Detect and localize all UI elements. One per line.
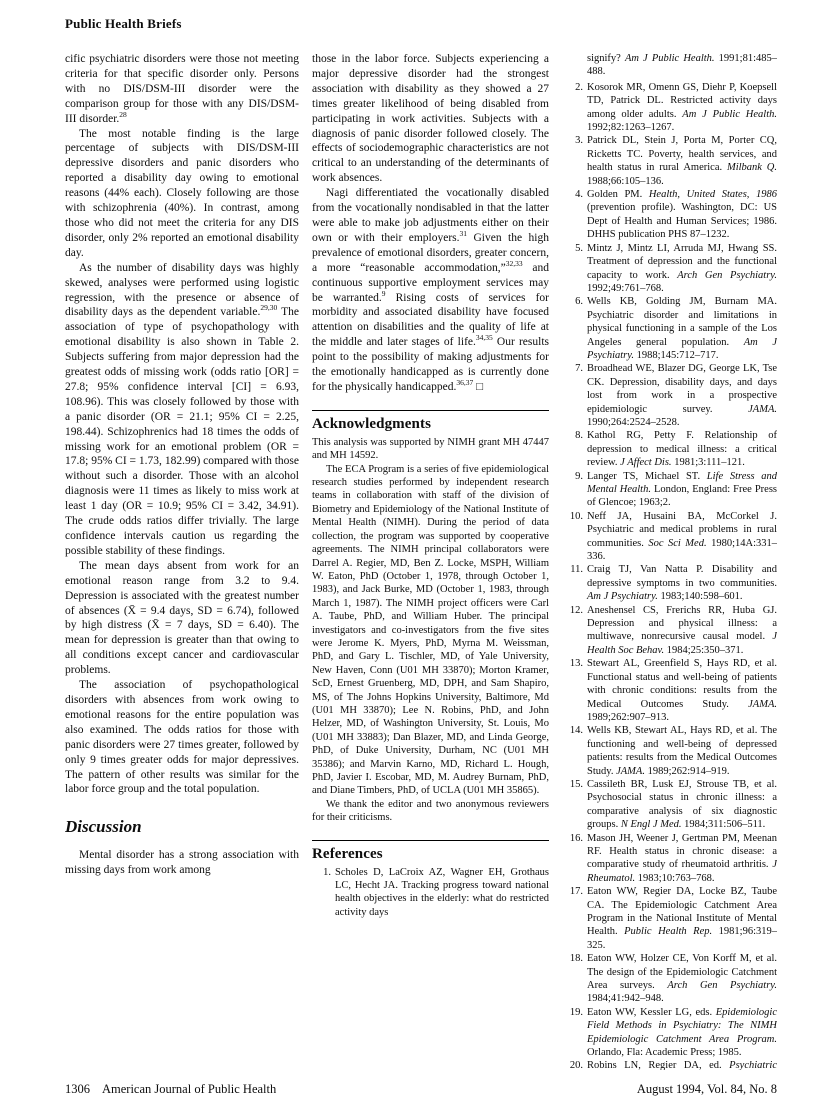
running-head: Public Health Briefs bbox=[65, 16, 182, 32]
reference-item: 13.Stewart AL, Greenfield S, Hays RD, et… bbox=[564, 657, 777, 724]
reference-number: 4. bbox=[564, 188, 587, 242]
reference-number: 16. bbox=[564, 832, 587, 886]
article-column-right: signify? Am J Public Health. 1991;81:485… bbox=[564, 52, 777, 1070]
footer-journal-title: American Journal of Public Health bbox=[102, 1082, 276, 1097]
reference-text: Aneshensel CS, Frerichs RR, Huba GJ. Dep… bbox=[587, 604, 777, 658]
section-divider bbox=[312, 840, 549, 841]
body-paragraph: The ECA Program is a series of five epid… bbox=[312, 463, 549, 798]
reference-text: Langer TS, Michael ST. Life Stress and M… bbox=[587, 470, 777, 510]
reference-number: 20. bbox=[564, 1059, 587, 1070]
body-paragraph: signify? Am J Public Health. 1991;81:485… bbox=[564, 52, 777, 79]
body-paragraph: The mean days absent from work for an em… bbox=[65, 559, 299, 678]
body-paragraph: cific psychiatric disorders were those n… bbox=[65, 52, 299, 127]
reference-text: Kathol RG, Petty F. Relationship of depr… bbox=[587, 429, 777, 469]
section-heading-references: References bbox=[312, 846, 549, 863]
reference-number: 9. bbox=[564, 470, 587, 510]
body-paragraph: This analysis was supported by NIMH gran… bbox=[312, 436, 549, 463]
reference-item: 10.Neff JA, Husaini BA, McCorkel J. Psyc… bbox=[564, 510, 777, 564]
reference-text: Mason JH, Weener J, Gertman PM, Meenan R… bbox=[587, 832, 777, 886]
reference-number: 19. bbox=[564, 1006, 587, 1060]
footer-page-number: 1306 bbox=[65, 1082, 90, 1097]
reference-number: 8. bbox=[564, 429, 587, 469]
reference-item: 3.Patrick DL, Stein J, Porta M, Porter C… bbox=[564, 134, 777, 188]
reference-text: Eaton WW, Holzer CE, Von Korff M, et al.… bbox=[587, 952, 777, 1006]
reference-number: 17. bbox=[564, 885, 587, 952]
article-column-middle: those in the labor force. Subjects exper… bbox=[312, 52, 549, 1070]
reference-text: Craig TJ, Van Natta P. Disability and de… bbox=[587, 563, 777, 603]
reference-number: 2. bbox=[564, 81, 587, 135]
reference-text: Mintz J, Mintz LI, Arruda MJ, Hwang SS. … bbox=[587, 242, 777, 296]
reference-item: 8.Kathol RG, Petty F. Relationship of de… bbox=[564, 429, 777, 469]
reference-number: 10. bbox=[564, 510, 587, 564]
article-column-left: cific psychiatric disorders were those n… bbox=[65, 52, 299, 1070]
body-paragraph: Mental disorder has a strong association… bbox=[65, 848, 299, 878]
section-heading-discussion: Discussion bbox=[65, 817, 299, 837]
reference-text: Wells KB, Golding JM, Burnam MA. Psychia… bbox=[587, 295, 777, 362]
reference-text: Golden PM. Health, United States, 1986 (… bbox=[587, 188, 777, 242]
reference-number: 12. bbox=[564, 604, 587, 658]
body-paragraph: We thank the editor and two anonymous re… bbox=[312, 798, 549, 825]
reference-item: 4.Golden PM. Health, United States, 1986… bbox=[564, 188, 777, 242]
reference-item: 18.Eaton WW, Holzer CE, Von Korff M, et … bbox=[564, 952, 777, 1006]
reference-item: 14.Wells KB, Stewart AL, Hays RD, et al.… bbox=[564, 724, 777, 778]
reference-text: Robins LN, Regier DA, ed. Psychiatric Di… bbox=[587, 1059, 777, 1070]
body-paragraph: The association of psychopathological di… bbox=[65, 678, 299, 797]
reference-number: 14. bbox=[564, 724, 587, 778]
section-heading-acknowledgments: Acknowledgments bbox=[312, 416, 549, 433]
reference-number: 13. bbox=[564, 657, 587, 724]
reference-number: 6. bbox=[564, 295, 587, 362]
references-list: 2.Kosorok MR, Omenn GS, Diehr P, Koepsel… bbox=[564, 81, 777, 1070]
reference-item: 19.Eaton WW, Kessler LG, eds. Epidemiolo… bbox=[564, 1006, 777, 1060]
reference-item: 16.Mason JH, Weener J, Gertman PM, Meena… bbox=[564, 832, 777, 886]
reference-number: 11. bbox=[564, 563, 587, 603]
footer-issue-info: August 1994, Vol. 84, No. 8 bbox=[637, 1082, 777, 1097]
reference-item: 15.Cassileth BR, Lusk EJ, Strouse TB, et… bbox=[564, 778, 777, 832]
reference-number: 18. bbox=[564, 952, 587, 1006]
reference-text: Scholes D, LaCroix AZ, Wagner EH, Grotha… bbox=[335, 866, 549, 920]
references-list: 1.Scholes D, LaCroix AZ, Wagner EH, Grot… bbox=[312, 866, 549, 920]
reference-text: Patrick DL, Stein J, Porta M, Porter CQ,… bbox=[587, 134, 777, 188]
reference-text: Eaton WW, Regier DA, Locke BZ, Taube CA.… bbox=[587, 885, 777, 952]
reference-item: 20.Robins LN, Regier DA, ed. Psychiatric… bbox=[564, 1059, 777, 1070]
reference-text: Eaton WW, Kessler LG, eds. Epidemiologic… bbox=[587, 1006, 777, 1060]
reference-item: 2.Kosorok MR, Omenn GS, Diehr P, Koepsel… bbox=[564, 81, 777, 135]
reference-item: 6.Wells KB, Golding JM, Burnam MA. Psych… bbox=[564, 295, 777, 362]
reference-item: 9.Langer TS, Michael ST. Life Stress and… bbox=[564, 470, 777, 510]
reference-item: 1.Scholes D, LaCroix AZ, Wagner EH, Grot… bbox=[312, 866, 549, 920]
reference-item: 5.Mintz J, Mintz LI, Arruda MJ, Hwang SS… bbox=[564, 242, 777, 296]
reference-number: 15. bbox=[564, 778, 587, 832]
footer-left: 1306 American Journal of Public Health bbox=[65, 1082, 276, 1097]
reference-number: 3. bbox=[564, 134, 587, 188]
reference-text: Broadhead WE, Blazer DG, George LK, Tse … bbox=[587, 362, 777, 429]
journal-page: Public Health Briefs cific psychiatric d… bbox=[0, 0, 816, 1108]
reference-text: Cassileth BR, Lusk EJ, Strouse TB, et al… bbox=[587, 778, 777, 832]
body-paragraph: those in the labor force. Subjects exper… bbox=[312, 52, 549, 186]
reference-item: 17.Eaton WW, Regier DA, Locke BZ, Taube … bbox=[564, 885, 777, 952]
reference-number: 1. bbox=[312, 866, 335, 920]
body-paragraph: As the number of disability days was hig… bbox=[65, 261, 299, 559]
reference-number: 5. bbox=[564, 242, 587, 296]
reference-text: Neff JA, Husaini BA, McCorkel J. Psychia… bbox=[587, 510, 777, 564]
body-paragraph: The most notable finding is the large pe… bbox=[65, 127, 299, 261]
reference-number: 7. bbox=[564, 362, 587, 429]
reference-text: Kosorok MR, Omenn GS, Diehr P, Koepsell … bbox=[587, 81, 777, 135]
reference-text: Stewart AL, Greenfield S, Hays RD, et al… bbox=[587, 657, 777, 724]
reference-item: 11.Craig TJ, Van Natta P. Disability and… bbox=[564, 563, 777, 603]
article-body: cific psychiatric disorders were those n… bbox=[65, 52, 777, 1070]
reference-item: 12.Aneshensel CS, Frerichs RR, Huba GJ. … bbox=[564, 604, 777, 658]
page-footer: 1306 American Journal of Public Health A… bbox=[65, 1082, 777, 1097]
reference-text: Wells KB, Stewart AL, Hays RD, et al. Th… bbox=[587, 724, 777, 778]
body-paragraph: Nagi differentiated the vocationally dis… bbox=[312, 186, 549, 395]
reference-item: 7.Broadhead WE, Blazer DG, George LK, Ts… bbox=[564, 362, 777, 429]
section-divider bbox=[312, 410, 549, 411]
